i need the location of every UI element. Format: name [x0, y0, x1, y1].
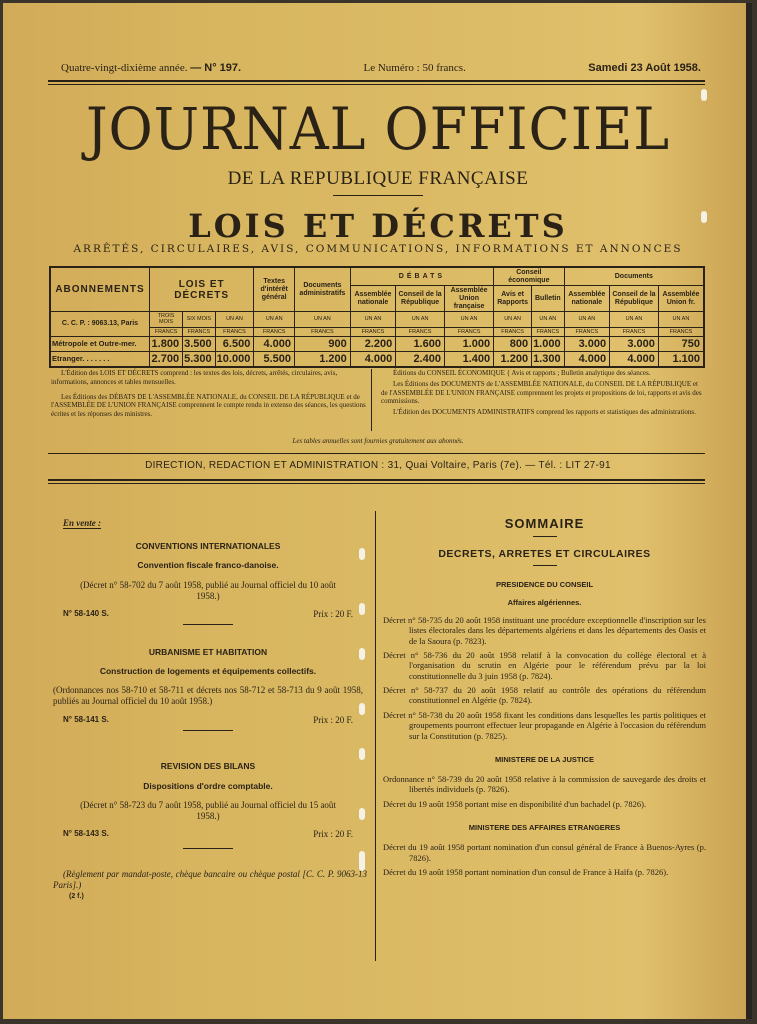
price-cell: 1.600 [396, 336, 445, 351]
note-debats: Les Éditions des DÉBATS DE L'ASSEMBLÉE N… [51, 393, 366, 419]
col-label: Assemblée Union fr. [658, 286, 704, 312]
sommaire-entry: Décret du 19 août 1958 portant nominatio… [383, 867, 706, 877]
price-cell: 2.700 [150, 351, 183, 367]
col-label: Assemblée nationale [564, 286, 610, 312]
price-cell: 1.000 [532, 336, 565, 351]
price-cell: 5.300 [183, 351, 216, 367]
price-cell: 1.400 [444, 351, 493, 367]
unit: FRANCS [564, 327, 610, 336]
group-documents-admin: Documents administratifs [295, 267, 351, 312]
item-heading: REVISION DES BILANS [49, 761, 367, 771]
sommaire-entry: Décret n° 58-736 du 20 août 1958 relatif… [383, 650, 706, 681]
price-cell: 3.000 [610, 336, 659, 351]
column-divider [375, 511, 376, 961]
item-separator [183, 624, 233, 625]
unit: FRANCS [295, 327, 351, 336]
price-cell: 1.200 [295, 351, 351, 367]
group-debats: DÉBATS [350, 267, 493, 286]
paper-hole [359, 548, 365, 560]
period: UN AN [532, 312, 565, 327]
row-metro-label: Métropole et Outre-mer. [50, 336, 150, 351]
left-column: En vente : CONVENTIONS INTERNATIONALES C… [49, 518, 367, 901]
issue-date: Samedi 23 Août 1958. [588, 62, 701, 74]
unit: FRANCS [396, 327, 445, 336]
unit: FRANCS [350, 327, 396, 336]
item-subheading: Construction de logements et équipements… [49, 666, 367, 676]
sommaire-title: SOMMAIRE [383, 516, 706, 532]
item-number: N° 58-141 S. [63, 715, 109, 726]
period: UN AN [295, 312, 351, 327]
unit: FRANCS [444, 327, 493, 336]
price-cell: 1.000 [444, 336, 493, 351]
address-rule-top [48, 453, 705, 454]
paper-hole [359, 808, 365, 820]
item-heading: URBANISME ET HABITATION [49, 647, 367, 657]
price-cell: 1.100 [658, 351, 704, 367]
unit: FRANCS [532, 327, 565, 336]
note-tables: Les tables annuelles sont fournies gratu… [48, 437, 708, 446]
group-lois: LOIS ET DÉCRETS [150, 267, 254, 312]
year-label: Quatre-vingt-dixième année. [61, 62, 187, 74]
payment-note: (Règlement par mandat-poste, chèque banc… [49, 869, 367, 891]
price-cell: 4.000 [564, 351, 610, 367]
row-etranger-label: Etranger. . . . . . . [50, 351, 150, 367]
masthead-title: JOURNAL OFFICIEL [71, 95, 685, 163]
item-number: N° 58-143 S. [63, 829, 109, 840]
issue-number: — N° 197. [190, 62, 241, 74]
item-price: Prix : 20 F. [313, 829, 353, 840]
masthead-divider [333, 195, 423, 196]
period: UN AN [610, 312, 659, 327]
note-lois: L'Édition des LOIS ET DÉCRETS comprend :… [51, 369, 366, 387]
period: UN AN [215, 312, 254, 327]
sommaire-entry: Décret du 19 août 1958 portant mise en d… [383, 799, 706, 809]
en-vente-label: En vente : [63, 518, 101, 529]
price-cell: 3.000 [564, 336, 610, 351]
section-title: LOIS ET DÉCRETS [48, 207, 708, 245]
item-subheading: Dispositions d'ordre comptable. [49, 781, 367, 791]
item-number: N° 58-140 S. [63, 609, 109, 620]
price-cell: 800 [494, 336, 532, 351]
price-cell: 5.500 [254, 351, 295, 367]
sommaire-entry: Ordonnance n° 58-739 du 20 août 1958 rel… [383, 774, 706, 795]
ministry-heading: PRESIDENCE DU CONSEIL [383, 580, 706, 589]
issue-line: Quatre-vingt-dixième année. — N° 197. Le… [61, 62, 701, 74]
paper-hole [359, 851, 365, 871]
unit: FRANCS [494, 327, 532, 336]
group-documents: Documents [564, 267, 704, 286]
unit: FRANCS [610, 327, 659, 336]
price-cell: 1.800 [150, 336, 183, 351]
sommaire-entry: Décret n° 58-735 du 20 août 1958 institu… [383, 615, 706, 646]
period: TROIS MOIS [150, 312, 183, 327]
sommaire-rule [533, 536, 557, 537]
section-tagline: ARRÊTÉS, CIRCULAIRES, AVIS, COMMUNICATIO… [48, 243, 708, 255]
col-label: Bulletin [532, 286, 565, 312]
footer-mark: (2 f.) [49, 893, 367, 902]
publication-item: REVISION DES BILANS Dispositions d'ordre… [49, 761, 367, 849]
newspaper-page: Quatre-vingt-dixième année. — N° 197. Le… [3, 3, 752, 1019]
col-label: Assemblée Union française [444, 286, 493, 312]
price-cell: 750 [658, 336, 704, 351]
price-cell: 2.400 [396, 351, 445, 367]
unit: FRANCS [150, 327, 183, 336]
price-cell: 900 [295, 336, 351, 351]
price-cell: 4.000 [350, 351, 396, 367]
sommaire-section-rule [533, 565, 557, 566]
subscription-table: ABONNEMENTS LOIS ET DÉCRETS Textes d'int… [49, 266, 705, 368]
paper-hole [359, 603, 365, 615]
unit: FRANCS [183, 327, 216, 336]
publication-item: URBANISME ET HABITATION Construction de … [49, 647, 367, 732]
sommaire-entry: Décret du 19 août 1958 portant nominatio… [383, 842, 706, 863]
ministry-heading: MINISTERE DES AFFAIRES ETRANGERES [383, 823, 706, 832]
note-documents: Les Éditions des DOCUMENTS de L'ASSEMBLÉ… [381, 380, 706, 406]
masthead-subtitle: DE LA REPUBLIQUE FRANÇAISE [48, 168, 708, 190]
sommaire-section: DECRETS, ARRETES ET CIRCULAIRES [383, 548, 706, 561]
period: UN AN [494, 312, 532, 327]
price-cell: 4.000 [254, 336, 295, 351]
unit: FRANCS [254, 327, 295, 336]
sommaire-entry: Décret n° 58-737 du 20 août 1958 relatif… [383, 685, 706, 706]
item-subheading: Convention fiscale franco-danoise. [49, 560, 367, 570]
paper-hole [359, 748, 365, 760]
price-cell: 2.200 [350, 336, 396, 351]
unit: FRANCS [215, 327, 254, 336]
price-cell: 1.200 [494, 351, 532, 367]
price-cell: 6.500 [215, 336, 254, 351]
item-price: Prix : 20 F. [313, 715, 353, 726]
address-line: DIRECTION, REDACTION ET ADMINISTRATION :… [48, 460, 708, 471]
price-cell: 3.500 [183, 336, 216, 351]
group-conseil-eco: Conseil économique [494, 267, 564, 286]
note-conseil-eco: Éditions du CONSEIL ÉCONOMIQUE { Avis et… [381, 369, 706, 378]
price-cell: 4.000 [610, 351, 659, 367]
col-label: Avis et Rapports [494, 286, 532, 312]
ccp-account: C. C. P. : 9063.13, Paris [50, 312, 150, 336]
address-rule-bottom [48, 479, 705, 484]
paper-hole [359, 703, 365, 715]
note-documents-admin: L'Édition des DOCUMENTS ADMINISTRATIFS c… [381, 408, 706, 417]
issue-price: Le Numéro : 50 francs. [364, 62, 466, 74]
paper-hole [359, 648, 365, 660]
unit: FRANCS [658, 327, 704, 336]
period: UN AN [254, 312, 295, 327]
item-separator [183, 730, 233, 731]
item-text: (Décret n° 58-702 du 7 août 1958, publié… [49, 580, 367, 602]
publication-item: CONVENTIONS INTERNATIONALES Convention f… [49, 541, 367, 625]
price-cell: 10.000 [215, 351, 254, 367]
period: UN AN [658, 312, 704, 327]
topic-heading: Affaires algériennes. [383, 598, 706, 607]
period: UN AN [444, 312, 493, 327]
sommaire-column: SOMMAIRE DECRETS, ARRETES ET CIRCULAIRES… [383, 516, 706, 881]
col-label: Conseil de la République [396, 286, 445, 312]
notes-divider [371, 369, 372, 431]
item-text: (Décret n° 58-723 du 7 août 1958, publié… [49, 800, 367, 822]
col-label: Assemblée nationale [350, 286, 396, 312]
sommaire-entry: Décret n° 58-738 du 20 août 1958 fixant … [383, 710, 706, 741]
notes-right: Éditions du CONSEIL ÉCONOMIQUE { Avis et… [381, 369, 706, 417]
paper-hole [701, 89, 707, 101]
ministry-heading: MINISTERE DE LA JUSTICE [383, 755, 706, 764]
group-textes: Textes d'intérêt général [254, 267, 295, 312]
price-cell: 1.300 [532, 351, 565, 367]
period: SIX MOIS [183, 312, 216, 327]
col-label: Conseil de la République [610, 286, 659, 312]
period: UN AN [396, 312, 445, 327]
top-rule [48, 80, 705, 85]
item-heading: CONVENTIONS INTERNATIONALES [49, 541, 367, 551]
period: UN AN [564, 312, 610, 327]
paper-hole [701, 211, 707, 223]
notes-left: L'Édition des LOIS ET DÉCRETS comprend :… [51, 369, 366, 419]
item-separator [183, 848, 233, 849]
period: UN AN [350, 312, 396, 327]
item-text: (Ordonnances nos 58-710 et 58-711 et déc… [49, 685, 367, 707]
item-price: Prix : 20 F. [313, 609, 353, 620]
subscriptions-title: ABONNEMENTS [50, 267, 150, 312]
